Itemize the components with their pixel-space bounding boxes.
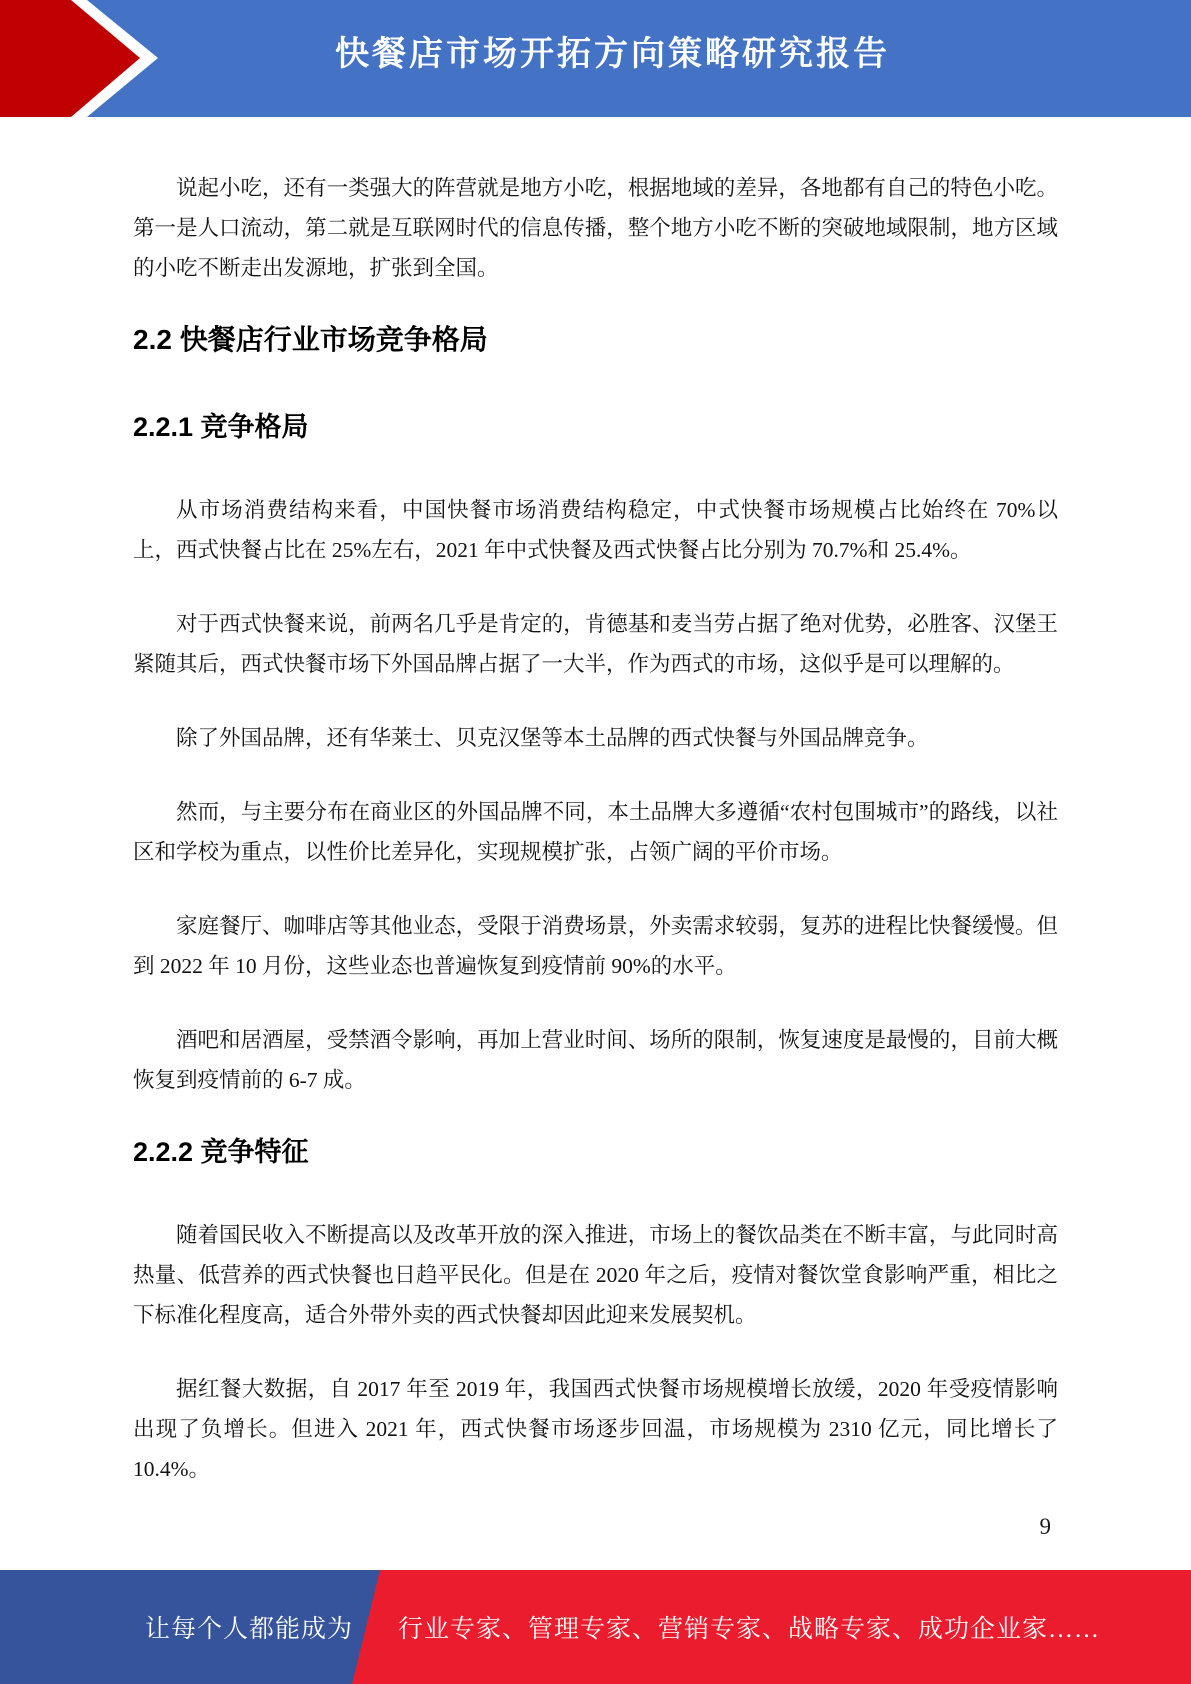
paragraph-western-brands: 对于西式快餐来说，前两名几乎是肯定的，肯德基和麦当劳占据了绝对优势，必胜客、汉堡…: [133, 604, 1058, 684]
footer-slogan-right: 行业专家、管理专家、营销专家、战略专家、成功企业家……: [398, 1570, 1100, 1684]
footer-slogan-left: 让每个人都能成为: [145, 1570, 353, 1684]
paragraph-other-formats: 家庭餐厅、咖啡店等其他业态，受限于消费场景，外卖需求较弱，复苏的进程比快餐缓慢。…: [133, 906, 1058, 986]
report-title: 快餐店市场开拓方向策略研究报告: [0, 0, 1191, 100]
paragraph-local-brands: 除了外国品牌，还有华莱士、贝克汉堡等本土品牌的西式快餐与外国品牌竞争。: [133, 718, 1058, 758]
section-heading-2-2: 2.2 快餐店行业市场竞争格局: [133, 322, 1058, 358]
subsection-heading-2-2-2: 2.2.2 竞争特征: [133, 1134, 1058, 1170]
paragraph-market-size: 据红餐大数据，自 2017 年至 2019 年，我国西式快餐市场规模增长放缓，2…: [133, 1369, 1058, 1489]
document-body: 说起小吃，还有一类强大的阵营就是地方小吃，根据地域的差异，各地都有自己的特色小吃…: [133, 117, 1058, 1523]
paragraph-bars-izakaya: 酒吧和居酒屋，受禁酒令影响，再加上营业时间、场所的限制，恢复速度是最慢的，目前大…: [133, 1020, 1058, 1100]
report-page: 快餐店市场开拓方向策略研究报告 说起小吃，还有一类强大的阵营就是地方小吃，根据地…: [0, 0, 1191, 1684]
paragraph-intro: 说起小吃，还有一类强大的阵营就是地方小吃，根据地域的差异，各地都有自己的特色小吃…: [133, 168, 1058, 288]
subsection-heading-2-2-1: 2.2.1 竞争格局: [133, 409, 1058, 445]
paragraph-market-structure: 从市场消费结构来看，中国快餐市场消费结构稳定，中式快餐市场规模占比始终在 70%…: [133, 490, 1058, 570]
paragraph-competition-traits: 随着国民收入不断提高以及改革开放的深入推进，市场上的餐饮品类在不断丰富，与此同时…: [133, 1215, 1058, 1335]
page-header: 快餐店市场开拓方向策略研究报告: [0, 0, 1191, 117]
page-number: 9: [1040, 1512, 1052, 1542]
page-footer: 让每个人都能成为 行业专家、管理专家、营销专家、战略专家、成功企业家……: [0, 1570, 1191, 1684]
paragraph-rural-strategy: 然而，与主要分布在商业区的外国品牌不同，本土品牌大多遵循“农村包围城市”的路线，…: [133, 792, 1058, 872]
